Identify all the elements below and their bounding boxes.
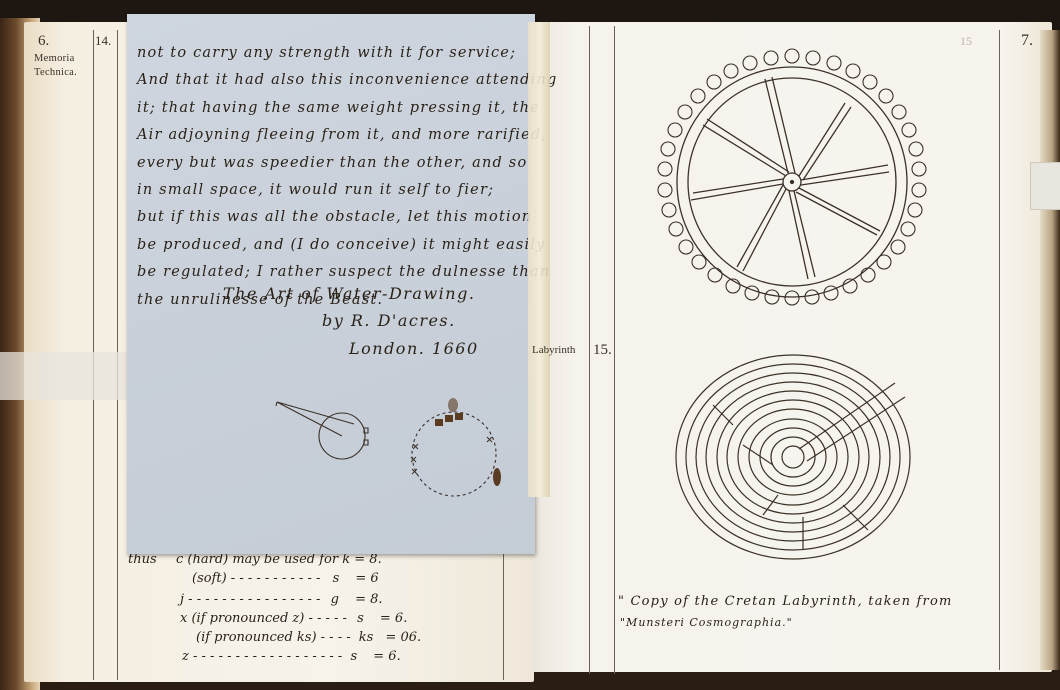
margin-rule: [503, 550, 504, 680]
row-text: (if pronounced ks) - - - -: [196, 630, 351, 645]
table-row: c (hard) may be used for k = 8.: [176, 552, 382, 567]
margin-rule: [614, 26, 615, 674]
row-letter: z: [182, 649, 189, 664]
slip-line: it; that having the same weight pressing…: [137, 95, 532, 122]
slip-line: be regulated; I rather suspect the dulne…: [137, 259, 532, 286]
slip-line: Air adjoyning fleeing from it, and more …: [137, 122, 532, 149]
row-value: = 8.: [354, 552, 381, 567]
row-letter: j: [180, 592, 184, 607]
cup-wheel-sketch-icon: [407, 399, 507, 504]
margin-number: 15.: [593, 342, 612, 359]
row-sound: k: [342, 552, 350, 567]
slip-line: not to carry any strength with it for se…: [137, 40, 532, 67]
right-page-number: 7.: [1021, 32, 1033, 50]
row-text: (soft) - - - - - - - - - - -: [192, 571, 320, 586]
row-sound: s: [333, 571, 340, 586]
citation-author: by R. D'acres.: [322, 311, 456, 330]
margin-label: Labyrinth: [532, 344, 575, 356]
citation-title: The Art of Water-Drawing.: [223, 284, 475, 303]
row-value: = 6.: [373, 649, 400, 664]
table-row: (soft) - - - - - - - - - - - s = 6: [192, 571, 379, 586]
section-label-line: Memoria: [34, 52, 77, 66]
pasted-slip: not to carry any strength with it for se…: [127, 14, 535, 554]
column-number: 14.: [95, 33, 111, 49]
row-text: (hard) may be used for: [187, 552, 338, 567]
notebook-spread: 6. Memoria Technica. 14. thus c (hard) m…: [0, 0, 1060, 690]
row-letter: c: [176, 552, 183, 567]
row-sound: s: [357, 611, 364, 626]
margin-rule: [999, 30, 1000, 670]
row-value: = 6.: [380, 611, 407, 626]
slip-line: but if this was all the obstacle, let th…: [137, 204, 532, 231]
row-value: = 06.: [385, 630, 421, 645]
slip-line: every but was speedier than the other, a…: [137, 150, 532, 177]
figure-caption-line2: "Munsteri Cosmographia.": [620, 616, 793, 629]
row-value: = 6: [355, 571, 378, 586]
table-row: z - - - - - - - - - - - - - - - - - - s …: [182, 649, 401, 664]
row-text: - - - - - - - - - - - - - - - -: [188, 592, 320, 607]
faint-bleed-number: 15: [960, 34, 972, 49]
slip-line: in small space, it would run it self to …: [137, 177, 532, 204]
book-right-edge: [1040, 30, 1060, 670]
row-letter: x: [180, 611, 187, 626]
small-wheel-sketch-icon: [272, 394, 382, 464]
slip-line: be produced, and (I do conceive) it migh…: [137, 232, 532, 259]
citation-place-date: London. 1660: [349, 339, 479, 358]
cretan-labyrinth-icon: [673, 345, 913, 560]
paper-tab-strip: [0, 352, 135, 400]
slip-text: not to carry any strength with it for se…: [137, 40, 532, 314]
row-sound: g: [331, 592, 339, 607]
perpetual-motion-wheel-icon: [655, 45, 930, 320]
left-page-number: 6.: [38, 33, 49, 50]
page-tab: [1030, 162, 1060, 210]
row-sound: s: [350, 649, 357, 664]
table-row: (if pronounced ks) - - - - ks = 06.: [196, 630, 421, 645]
row-value: = 8.: [355, 592, 382, 607]
section-label: Memoria Technica.: [34, 52, 77, 80]
figure-caption-line1: " Copy of the Cretan Labyrinth, taken fr…: [618, 594, 953, 609]
row-text: - - - - - - - - - - - - - - - - - -: [193, 649, 342, 664]
table-row: x (if pronounced z) - - - - - s = 6.: [180, 611, 407, 626]
slip-line: And that it had also this inconvenience …: [137, 67, 532, 94]
table-intro: thus: [128, 552, 157, 567]
table-row: j - - - - - - - - - - - - - - - - g = 8.: [180, 592, 383, 607]
binding-tape: [528, 22, 550, 497]
row-text: (if pronounced z) - - - - -: [191, 611, 346, 626]
section-label-line: Technica.: [34, 66, 77, 80]
row-sound: ks: [359, 630, 374, 645]
margin-rule: [589, 26, 590, 674]
